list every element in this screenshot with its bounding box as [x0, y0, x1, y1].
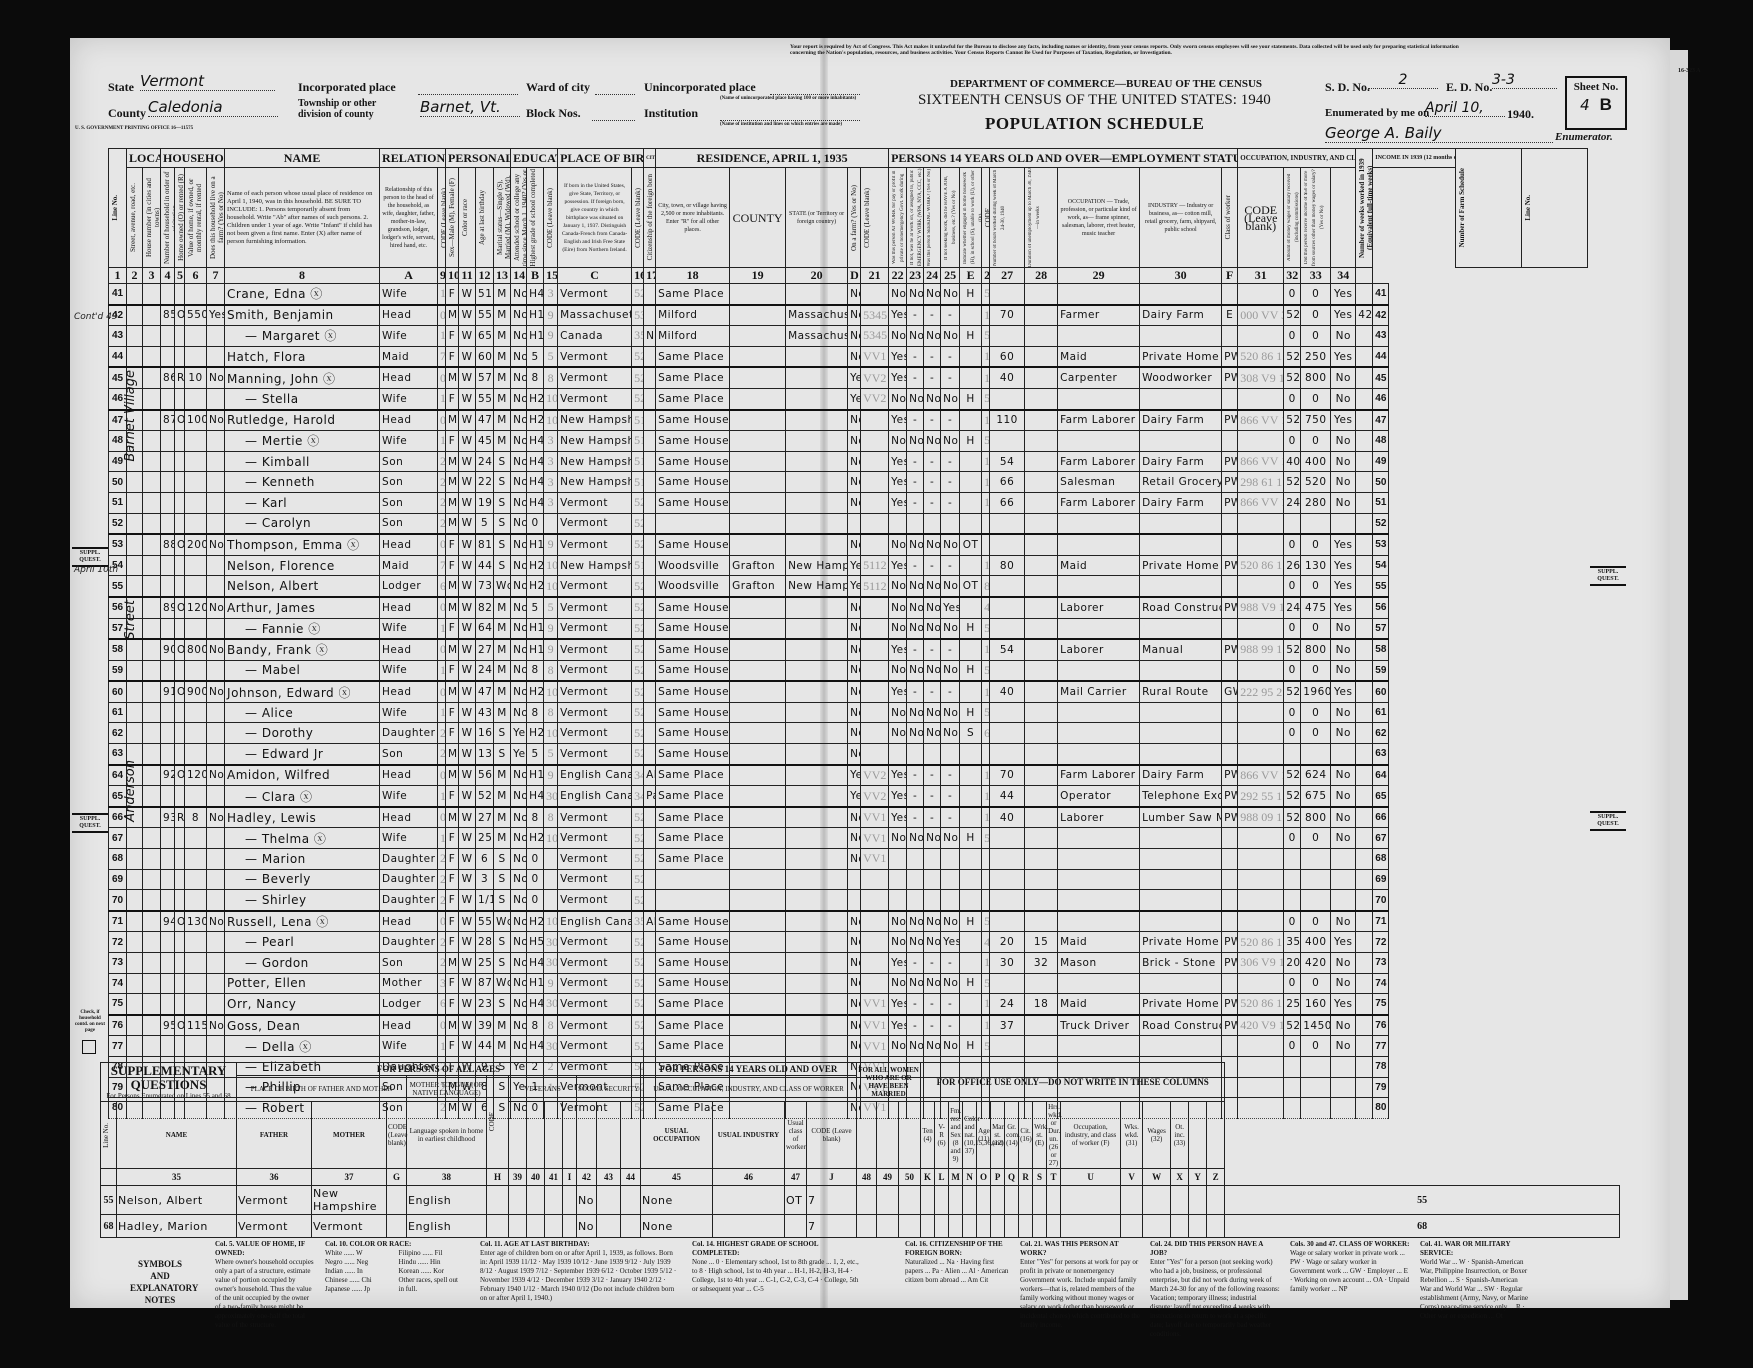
house-cell — [143, 555, 161, 576]
res-county-cell — [730, 786, 786, 807]
res-county-cell — [730, 367, 786, 388]
codeE-cell: 5 — [982, 1036, 990, 1057]
res-city-cell: Same Place — [656, 994, 730, 1015]
occ-cell: Maid — [1058, 555, 1140, 576]
cls-cell — [1222, 890, 1238, 911]
own-cell — [175, 346, 185, 367]
farmsch-cell — [1356, 492, 1373, 513]
grade-cell: H2 — [527, 576, 544, 597]
cls-cell: PW — [1222, 597, 1238, 618]
column-number: E — [960, 268, 982, 284]
res-farm-cell: No — [848, 953, 861, 974]
cit-cell — [644, 1015, 656, 1036]
codeB-cell: 30 — [544, 953, 558, 974]
ind-cell: Brick - Stone — [1140, 953, 1222, 974]
race-code-item: Other races, spell out in full. — [399, 1276, 466, 1294]
school-cell: No — [511, 973, 527, 994]
name-cell: — Stella — [225, 388, 380, 409]
res-county-cell — [730, 513, 786, 534]
cit-cell — [644, 869, 656, 890]
dur-cell — [1025, 828, 1058, 849]
res-county-cell — [730, 639, 786, 660]
res-state-cell: Massachusetts — [786, 326, 848, 347]
name-cell: Nelson, Albert — [225, 576, 380, 597]
res-state-cell: Massachusetts — [786, 305, 848, 326]
birth-cell: Massachusetts — [558, 305, 632, 326]
w21-cell: No — [889, 973, 907, 994]
w21-cell: Yes — [889, 1015, 907, 1036]
block-label: Block Nos. — [526, 106, 581, 121]
ind-cell — [1140, 911, 1222, 932]
codeB-cell: 9 — [544, 765, 558, 786]
farm-cell — [207, 346, 225, 367]
codeF-cell — [1238, 1036, 1284, 1057]
occ-cell — [1058, 576, 1140, 597]
grade-cell: H4 — [527, 284, 544, 305]
sex-cell: M — [446, 1015, 459, 1036]
age-cell: 57 — [476, 367, 494, 388]
table-row: 67— Thelma ⓧWife1FW25MNoH210Vermont52Sam… — [109, 828, 1588, 849]
w23-cell: - — [924, 451, 941, 472]
hhnum-cell — [161, 492, 175, 513]
col29-header: INDUSTRY — Industry or business, as— cot… — [1140, 168, 1222, 268]
hhnum-cell — [161, 786, 175, 807]
mar-cell: M — [494, 410, 511, 431]
res-county-cell — [730, 346, 786, 367]
supp-empty-cell — [387, 1186, 407, 1215]
hours-cell: 44 — [990, 786, 1025, 807]
occ-cell: Maid — [1058, 932, 1140, 953]
supp-mother-cell: New Hampshire — [312, 1186, 387, 1215]
grade-cell: 0 — [527, 849, 544, 870]
wages-cell: 0 — [1301, 1036, 1331, 1057]
birth-cell: English Canada — [558, 786, 632, 807]
res-farm-cell: No — [848, 326, 861, 347]
occ-cell: Farm Laborer — [1058, 492, 1140, 513]
age-cell: 27 — [476, 639, 494, 660]
other-cell: Yes — [1331, 346, 1356, 367]
age-cell: 82 — [476, 597, 494, 618]
value-cell — [185, 702, 207, 723]
grade-cell: H4 — [527, 994, 544, 1015]
place-of-birth-header: PLACE OF BIRTH — [558, 149, 644, 168]
res-county-cell — [730, 890, 786, 911]
dur-cell — [1025, 786, 1058, 807]
hhnum-cell — [161, 849, 175, 870]
res-farm-cell: No — [848, 410, 861, 431]
res-state-cell — [786, 660, 848, 681]
school-cell: No — [511, 765, 527, 786]
parents-birthplace-header: PLACE OF BIRTH OF FATHER AND MOTHER — [237, 1076, 407, 1102]
value-cell — [185, 849, 207, 870]
own-cell — [175, 702, 185, 723]
line-number: 54 — [1373, 555, 1389, 576]
farm-cell — [207, 660, 225, 681]
note-col16: Col. 16. CITIZENSHIP OF THE FOREIGN BORN… — [905, 1240, 1010, 1285]
ind-cell — [1140, 723, 1222, 744]
value-cell — [185, 618, 207, 639]
farm-schedule-header: Number of Farm Schedule — [1455, 149, 1521, 268]
res-city-cell — [656, 890, 730, 911]
dur-cell — [1025, 973, 1058, 994]
supp-column-number: Z — [1207, 1169, 1225, 1186]
cls-cell: PW — [1222, 410, 1238, 431]
age-cell: 47 — [476, 681, 494, 702]
codeD-cell — [861, 597, 889, 618]
value-cell — [185, 388, 207, 409]
codeB-cell: 3 — [544, 472, 558, 493]
w25-cell — [960, 513, 982, 534]
codeE-cell: 1 — [982, 765, 990, 786]
res-farm-cell: No — [848, 911, 861, 932]
codeD-cell — [861, 890, 889, 911]
table-row: 72— PearlDaughter2FW28SNoH530Vermont52Sa… — [109, 932, 1588, 953]
line-number: 58 — [1373, 639, 1389, 660]
sex-cell: F — [446, 326, 459, 347]
supp-column-number: 37 — [312, 1169, 387, 1186]
line-number: 68 — [1373, 849, 1389, 870]
name-cell: Johnson, Edward ⓧ — [225, 681, 380, 702]
line-number: 50 — [109, 472, 127, 493]
dur-cell — [1025, 305, 1058, 326]
race-cell: W — [459, 849, 476, 870]
farm-cell — [207, 576, 225, 597]
other-cell: No — [1331, 953, 1356, 974]
farmsch-cell — [1356, 911, 1373, 932]
w23-cell: - — [924, 492, 941, 513]
race-cell: W — [459, 431, 476, 452]
codeB-cell — [544, 513, 558, 534]
res-farm-cell — [848, 513, 861, 534]
res-county-cell — [730, 973, 786, 994]
value-cell — [185, 451, 207, 472]
col27-header: Duration of unemployment up to March 30,… — [1025, 168, 1058, 268]
farm-cell — [207, 786, 225, 807]
w22-cell: No — [907, 723, 924, 744]
hours-cell: 40 — [990, 807, 1025, 828]
table-row: 70— ShirleyDaughter2FW1/12SNo0Vermont527… — [109, 890, 1588, 911]
colE-header: CODE — [982, 168, 990, 268]
birth-cell: Vermont — [558, 807, 632, 828]
occ-cell — [1058, 284, 1140, 305]
mar-cell: M — [494, 660, 511, 681]
house-cell — [143, 492, 161, 513]
notes-title: SYMBOLS AND EXPLANATORY NOTES — [130, 1258, 190, 1306]
institution-label: Institution — [644, 106, 698, 121]
codeD-cell — [861, 513, 889, 534]
w25-cell — [960, 744, 982, 765]
wages-cell: 0 — [1301, 284, 1331, 305]
w21-cell: No — [889, 723, 907, 744]
column-number: D — [848, 268, 861, 284]
name-cell: — Mabel — [225, 660, 380, 681]
wages-cell: 520 — [1301, 472, 1331, 493]
cit-cell — [644, 555, 656, 576]
w25-cell: H — [960, 431, 982, 452]
school-cell: No — [511, 994, 527, 1015]
w25-cell — [960, 410, 982, 431]
farmsch-cell — [1356, 765, 1373, 786]
sex-cell: M — [446, 305, 459, 326]
value-cell — [185, 973, 207, 994]
name-cell: — Kenneth — [225, 472, 380, 493]
house-cell — [143, 367, 161, 388]
other-cell: Yes — [1331, 555, 1356, 576]
column-number: 15 — [544, 268, 558, 284]
farmsch-cell — [1356, 367, 1373, 388]
hhnum-cell — [161, 388, 175, 409]
codeB-cell: 30 — [544, 1036, 558, 1057]
res-farm-cell: No — [848, 346, 861, 367]
w24-cell: - — [941, 765, 960, 786]
occ-cell: Farm Laborer — [1058, 765, 1140, 786]
w22-cell: - — [907, 953, 924, 974]
own-cell — [175, 660, 185, 681]
res-farm-cell: No — [848, 973, 861, 994]
own-cell: O — [175, 597, 185, 618]
w22-cell — [907, 890, 924, 911]
race-code-item: Indian ...... In — [325, 1267, 392, 1276]
res-farm-cell: Yes — [848, 576, 861, 597]
w22-cell — [907, 513, 924, 534]
col23-header: Was this person SEEKING WORK? (Yes or No… — [924, 168, 941, 268]
code-g-header: CODE (Leave blank) — [387, 1102, 407, 1169]
col1-header: Street, avenue, road, etc. — [127, 168, 143, 268]
wages-cell: 0 — [1301, 911, 1331, 932]
rel-cell: Wife — [380, 660, 438, 681]
codeA-cell: 1 — [438, 388, 446, 409]
codeD-cell: VV1 — [861, 1015, 889, 1036]
continued-checkbox[interactable] — [82, 1040, 96, 1054]
line-number: 48 — [1373, 431, 1389, 452]
grade-cell: 0 — [527, 869, 544, 890]
w25-cell: H — [960, 388, 982, 409]
codeE-cell: 5 — [982, 388, 990, 409]
supp-empty-cell — [545, 1215, 563, 1238]
occ-cell: Farmer — [1058, 305, 1140, 326]
sex-cell: M — [446, 744, 459, 765]
rel-cell: Son — [380, 744, 438, 765]
codeD-cell: 5112 — [861, 555, 889, 576]
school-cell: No — [511, 639, 527, 660]
rel-cell: Head — [380, 765, 438, 786]
school-cell: No — [511, 807, 527, 828]
codeF-cell: 520 86 1 — [1238, 994, 1284, 1015]
value-cell — [185, 828, 207, 849]
birth-cell: Vermont — [558, 284, 632, 305]
value-cell: 1200 — [185, 765, 207, 786]
codeA-cell: 2 — [438, 492, 446, 513]
unincorporated-line — [770, 84, 860, 95]
cls-cell: PW — [1222, 994, 1238, 1015]
w22-cell: No — [907, 932, 924, 953]
cit-cell — [644, 660, 656, 681]
mar-cell: S — [494, 744, 511, 765]
age-cell: 51 — [476, 284, 494, 305]
w23-cell — [924, 513, 941, 534]
school-cell: Yes — [511, 744, 527, 765]
education-header: EDUCATION — [511, 149, 558, 168]
farm-cell: No — [207, 681, 225, 702]
codeD-cell: VV2 — [861, 367, 889, 388]
rel-cell: Wife — [380, 828, 438, 849]
mar-cell: M — [494, 786, 511, 807]
race-cell: W — [459, 284, 476, 305]
dur-cell — [1025, 472, 1058, 493]
column-number: 4 — [161, 268, 175, 284]
line-number: 53 — [1373, 534, 1389, 555]
rel-cell: Head — [380, 1015, 438, 1036]
res-state-cell — [786, 953, 848, 974]
col20-header: On a farm? (Yes or No) — [848, 168, 861, 268]
rel-cell: Daughter — [380, 890, 438, 911]
cls-cell — [1222, 388, 1238, 409]
occ-cell: Maid — [1058, 994, 1140, 1015]
cls-cell — [1222, 973, 1238, 994]
wages-cell: 0 — [1301, 618, 1331, 639]
codeB-cell — [544, 849, 558, 870]
rel-cell: Daughter — [380, 849, 438, 870]
name-cell: — Shirley — [225, 890, 380, 911]
street-cell — [127, 555, 143, 576]
codeC-cell: 52 — [632, 660, 644, 681]
w24-cell: Yes — [941, 932, 960, 953]
codeA-cell: 0 — [438, 807, 446, 828]
wages-cell — [1301, 513, 1331, 534]
supp-column-number: L — [935, 1169, 949, 1186]
codeB-cell: 8 — [544, 702, 558, 723]
ind-cell — [1140, 660, 1222, 681]
table-row: 63— Edward JrSon2MW13SYes55Vermont52Same… — [109, 744, 1588, 765]
res-farm-cell: No — [848, 639, 861, 660]
hours-cell — [990, 973, 1025, 994]
cit-cell — [644, 723, 656, 744]
name-cell: — Margaret ⓧ — [225, 326, 380, 347]
other-cell: Yes — [1331, 284, 1356, 305]
w24-cell: No — [941, 326, 960, 347]
name-cell: Orr, Nancy — [225, 994, 380, 1015]
street-cell — [127, 869, 143, 890]
ind-cell — [1140, 849, 1222, 870]
codeD-cell: VV1 — [861, 828, 889, 849]
mar-cell: M — [494, 1015, 511, 1036]
line-number: 52 — [109, 513, 127, 534]
wages-cell: 280 — [1301, 492, 1331, 513]
other-cell: No — [1331, 973, 1356, 994]
supp-column-number: 35 — [117, 1169, 237, 1186]
sex-cell: M — [446, 953, 459, 974]
codeB-cell: 3 — [544, 451, 558, 472]
supp-column-number-row: 353637G38H394041I424344454647J484950KLMN… — [101, 1169, 1620, 1186]
street-cell — [127, 932, 143, 953]
county-value: Caledonia — [148, 98, 278, 117]
race-cell: W — [459, 932, 476, 953]
own-cell — [175, 513, 185, 534]
weeks-cell — [1284, 744, 1301, 765]
codeE-cell: 5 — [982, 618, 990, 639]
w25-cell — [960, 932, 982, 953]
colF-header: CODE (Leave blank) — [1238, 168, 1284, 268]
code-h-header: CODE — [487, 1076, 509, 1169]
house-cell — [143, 973, 161, 994]
line-number: 57 — [1373, 618, 1389, 639]
column-number-row: 12345678A91011121314B15C1617181920D21222… — [109, 268, 1588, 284]
street-cell — [127, 1036, 143, 1057]
res-state-cell — [786, 723, 848, 744]
codeA-cell: 2 — [438, 451, 446, 472]
codeF-cell: 420 V9 1 — [1238, 1015, 1284, 1036]
occupation-header: OCCUPATION, INDUSTRY, AND CLASS OF WORKE… — [1238, 149, 1356, 168]
supp-empty-cell — [487, 1186, 509, 1215]
cls-cell: PW — [1222, 346, 1238, 367]
own-cell — [175, 576, 185, 597]
col11-header: Age at last birthday — [476, 168, 494, 268]
cit-cell — [644, 410, 656, 431]
line-number: 46 — [1373, 388, 1389, 409]
res-farm-cell: No — [848, 618, 861, 639]
own-cell: O — [175, 639, 185, 660]
codeC-cell: 52 — [632, 744, 644, 765]
codeB-cell: 8 — [544, 660, 558, 681]
res-state-cell — [786, 410, 848, 431]
codeC-cell: 35 — [632, 911, 644, 932]
age-cell: 47 — [476, 410, 494, 431]
w21-cell: No — [889, 618, 907, 639]
line-number: 67 — [109, 828, 127, 849]
birth-cell: Vermont — [558, 388, 632, 409]
rel-cell: Lodger — [380, 576, 438, 597]
res-county-cell — [730, 326, 786, 347]
w21-cell — [889, 849, 907, 870]
codeF-cell — [1238, 534, 1284, 555]
sex-cell: F — [446, 1036, 459, 1057]
grade-cell: H1 — [527, 973, 544, 994]
farmsch-cell — [1356, 618, 1373, 639]
school-cell: No — [511, 305, 527, 326]
codeC-cell: 52 — [632, 932, 644, 953]
res-city-cell: Same House — [656, 681, 730, 702]
supp-empty-cell — [1019, 1215, 1033, 1238]
table-row: 7695O1150NoGoss, DeanHead0MW39MNo88Vermo… — [109, 1015, 1588, 1036]
rel-cell: Daughter — [380, 932, 438, 953]
supp-empty-cell — [877, 1186, 899, 1215]
table-row: 6492O1200NoAmidon, WilfredHead0MW56MNoH1… — [109, 765, 1588, 786]
farm-cell — [207, 702, 225, 723]
farmsch-cell — [1356, 702, 1373, 723]
farm-cell — [207, 618, 225, 639]
w24-cell: No — [941, 828, 960, 849]
codeE-cell: 5 — [982, 660, 990, 681]
farmsch-cell — [1356, 346, 1373, 367]
line-number: 41 — [1373, 284, 1389, 305]
farmsch-cell — [1356, 994, 1373, 1015]
column-number: 19 — [730, 268, 786, 284]
supp-ss-cell: No — [577, 1215, 597, 1238]
codeA-cell: 2 — [438, 869, 446, 890]
w22-cell: - — [907, 346, 924, 367]
codeD-cell — [861, 723, 889, 744]
res-city-cell: Same House — [656, 618, 730, 639]
sex-cell: M — [446, 597, 459, 618]
school-cell: No — [511, 513, 527, 534]
supp-column-number: G — [387, 1169, 407, 1186]
codeB-cell: 8 — [544, 807, 558, 828]
supp-column-number: 50 — [899, 1169, 921, 1186]
colB-header: CODE (Leave blank) — [544, 168, 558, 268]
w24-cell: - — [941, 367, 960, 388]
ind-cell — [1140, 576, 1222, 597]
value-cell: 8 — [185, 807, 207, 828]
